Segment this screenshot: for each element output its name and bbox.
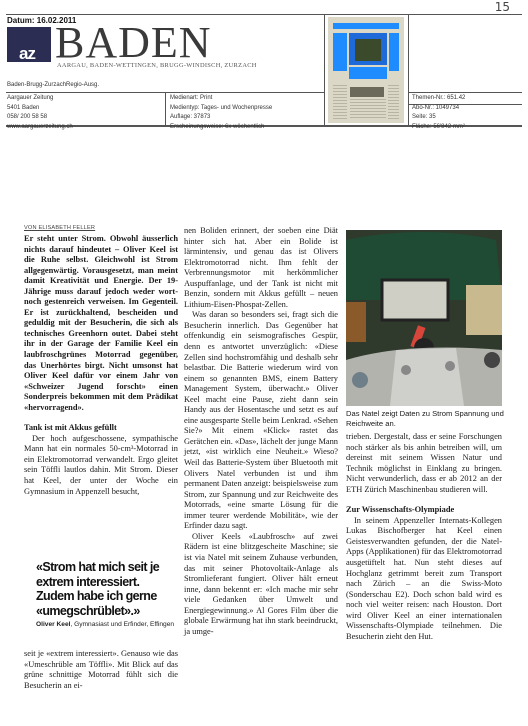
publisher-city: 5401 Baden	[7, 104, 73, 114]
header-divider	[165, 92, 166, 126]
page-thumbnail	[328, 17, 404, 123]
header-rule	[408, 92, 522, 93]
edition-label: Baden-Brugg-ZurzachRegio-Ausg.	[7, 82, 99, 88]
header-top-rule	[6, 14, 522, 15]
topic-number: Themen-Nr.: 651.42	[412, 94, 465, 104]
photo-caption: Das Natel zeigt Daten zu Strom Spannung …	[346, 409, 516, 429]
publisher-phone: 058/ 200 58 58	[7, 113, 73, 123]
area-label: Fläche: 56'842 mm²	[412, 123, 465, 133]
clipping-ids: Themen-Nr.: 651.42 Abo-Nr.: 1049734 Seit…	[412, 94, 465, 132]
paragraph: trieben. Dergestalt, dass er seine Forsc…	[346, 432, 502, 495]
paragraph: Oliver Keels «Laubfrosch» auf zwei Räder…	[184, 532, 338, 637]
media-info: Medienart: Print Medientyp: Tages- und W…	[170, 94, 272, 132]
pull-quote-text: «Strom hat mich seit je extrem interessi…	[36, 560, 176, 618]
article-column-2: nen Boliden erinnert, der soeben eine Di…	[184, 226, 338, 637]
paragraph: nen Boliden erinnert, der soeben eine Di…	[184, 226, 338, 310]
article-column-1: Er steht unter Strom. Obwohl äusserlich …	[24, 234, 178, 497]
newspaper-region: AARGAU, BADEN-WETTINGEN, BRUGG-WINDISCH,…	[57, 62, 257, 69]
paragraph: In seinem Appenzeller Internats-Kollegen…	[346, 516, 502, 643]
quote-role: , Gymnasiast und Erfinder, Effingen	[70, 621, 174, 628]
article-photo	[346, 230, 502, 406]
header-divider	[408, 14, 409, 126]
byline: VON ELISABETH FELLER	[24, 225, 95, 231]
subheading: Tank ist mit Akkus gefüllt	[24, 423, 178, 434]
article-column-1-continued: seit je «extrem interessiert». Genauso w…	[24, 649, 178, 691]
paragraph: Was daran so besonders sei, fragt sich d…	[184, 310, 338, 531]
publisher-website: www.aargauerzeitung.ch	[7, 123, 73, 133]
quote-author: Oliver Keel	[36, 621, 70, 628]
circulation: Auflage: 37873	[170, 113, 272, 123]
frequency: Erscheinungsweise: 6x wöchentlich	[170, 123, 272, 133]
page-label: Seite: 35	[412, 113, 465, 123]
paragraph: seit je «extrem interessiert». Genauso w…	[24, 649, 178, 691]
media-category: Medientyp: Tages- und Wochenpresse	[170, 104, 272, 114]
header-divider	[324, 14, 325, 126]
lead-paragraph: Er steht unter Strom. Obwohl äusserlich …	[24, 234, 178, 413]
pull-quote: «Strom hat mich seit je extrem interessi…	[36, 560, 176, 629]
publisher-name: Aargauer Zeitung	[7, 94, 73, 104]
media-type: Medienart: Print	[170, 94, 272, 104]
paragraph: Der hoch aufgeschossene, sympathische Ma…	[24, 434, 178, 497]
page-number: 15	[495, 0, 510, 14]
newspaper-title: BADEN	[55, 20, 212, 66]
motorcycle-photo-illustration	[346, 230, 502, 406]
subheading: Zur Wissenschafts-Olympiade	[346, 505, 502, 516]
subscription-number: Abo-Nr.: 1049734	[412, 104, 465, 114]
article-column-3: trieben. Dergestalt, dass er seine Forsc…	[346, 432, 502, 642]
publisher-info: Aargauer Zeitung 5401 Baden 058/ 200 58 …	[7, 94, 73, 132]
az-logo-text: az	[19, 44, 35, 64]
pull-quote-attribution: Oliver Keel, Gymnasiast und Erfinder, Ef…	[36, 621, 176, 629]
